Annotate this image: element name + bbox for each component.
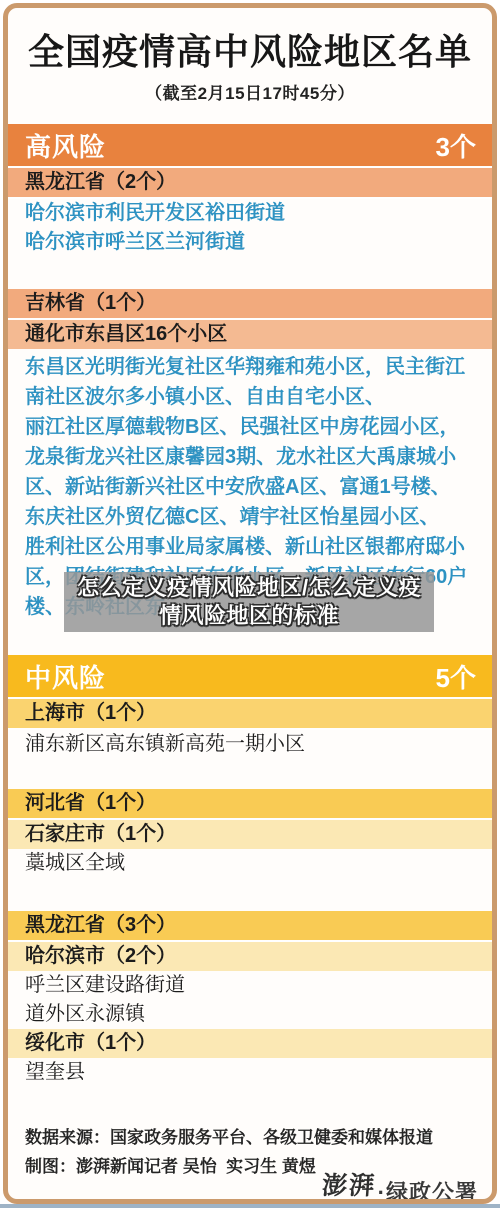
risk-count-badge: 3个 (436, 127, 476, 164)
poster-frame: 全国疫情高中风险地区名单 （截至2月15日17时45分） 高风险 3个 黑龙江省… (3, 3, 497, 1204)
province-row-shanghai: 上海市（1个） (8, 699, 492, 730)
risk-count-badge: 5个 (436, 658, 476, 695)
province-row-hebei: 河北省（1个） (8, 789, 492, 820)
area-row: 藁城区全域 (8, 849, 492, 878)
brand-wordmark-wrap: 澎湃 THE PAPER (322, 1175, 376, 1204)
medium-risk-section: 中风险 5个 上海市（1个） 浦东新区高东镇新高苑一期小区 河北省（1个） 石家… (8, 655, 492, 1087)
province-row-jilin: 吉林省（1个） (8, 289, 492, 320)
title-block: 全国疫情高中风险地区名单 （截至2月15日17时45分） (8, 8, 492, 106)
division-wordmark: ·绿政公署 (378, 1180, 478, 1204)
medium-risk-header: 中风险 5个 (8, 655, 492, 699)
thepaper-logo: 澎湃 THE PAPER ·绿政公署 (322, 1175, 478, 1204)
high-risk-section: 高风险 3个 黑龙江省（2个） 哈尔滨市利民开发区裕田街道 哈尔滨市呼兰区兰河街… (8, 124, 492, 622)
area-row: 哈尔滨市呼兰区兰河街道 (8, 228, 492, 257)
area-row: 呼兰区建设路街道 (8, 971, 492, 1000)
risk-level-label: 中风险 (25, 658, 106, 695)
risk-level-label: 高风险 (25, 127, 106, 164)
footer: 数据来源：国家政务服务平台、各级卫健委和媒体报道 制图：澎湃新闻记者 吴怡 实习… (8, 1123, 492, 1181)
bottom-strip (0, 1204, 500, 1208)
area-row: 哈尔滨市利民开发区裕田街道 (8, 199, 492, 228)
high-risk-header: 高风险 3个 (8, 124, 492, 168)
brand-wordmark: 澎湃 (321, 1175, 377, 1199)
data-source-note: 数据来源：国家政务服务平台、各级卫健委和媒体报道 (25, 1123, 476, 1152)
area-row: 望奎县 (8, 1058, 492, 1087)
page-subtitle: （截至2月15日17时45分） (8, 82, 492, 106)
area-row: 道外区永源镇 (8, 1000, 492, 1029)
video-caption-overlay: 怎么定义疫情风险地区/怎么定义疫 情风险地区的标准 (64, 572, 434, 632)
page-title: 全国疫情高中风险地区名单 (8, 30, 492, 74)
province-row-heilongjiang: 黑龙江省（2个） (8, 168, 492, 199)
city-row-shijiazhuang: 石家庄市（1个） (8, 820, 492, 849)
city-row-suihua: 绥化市（1个） (8, 1029, 492, 1058)
area-row: 浦东新区高东镇新高苑一期小区 (8, 730, 492, 759)
province-row-heilongjiang-mid: 黑龙江省（3个） (8, 911, 492, 942)
city-row-tonghua: 通化市东昌区16个小区 (8, 320, 492, 349)
caption-text: 怎么定义疫情风险地区/怎么定义疫 情风险地区的标准 (77, 574, 421, 630)
city-row-harbin: 哈尔滨市（2个） (8, 942, 492, 971)
